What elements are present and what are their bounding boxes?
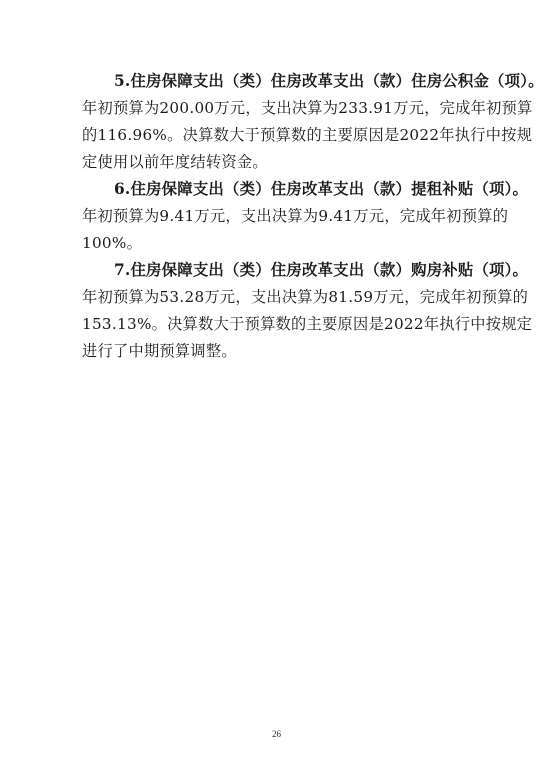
page-body: 5.住房保障支出（类）住房改革支出（款）住房公积金（项）。 年初预算为200.0… — [82, 68, 474, 365]
paragraph-line: 定使用以前年度结转资金。 — [82, 149, 474, 176]
section-heading: 6.住房保障支出（类）住房改革支出（款）提租补贴（项）。 — [82, 176, 474, 203]
page-number: 26 — [0, 729, 553, 739]
section-5: 5.住房保障支出（类）住房改革支出（款）住房公积金（项）。 年初预算为200.0… — [82, 68, 474, 176]
section-7: 7.住房保障支出（类）住房改革支出（款）购房补贴（项）。 年初预算为53.28万… — [82, 257, 474, 365]
paragraph-line: 进行了中期预算调整。 — [82, 338, 474, 365]
paragraph-line: 153.13%。决算数大于预算数的主要原因是2022年执行中按规定 — [82, 311, 474, 338]
paragraph-line: 的116.96%。决算数大于预算数的主要原因是2022年执行中按规 — [82, 122, 474, 149]
document-page: 5.住房保障支出（类）住房改革支出（款）住房公积金（项）。 年初预算为200.0… — [0, 0, 553, 782]
section-heading: 7.住房保障支出（类）住房改革支出（款）购房补贴（项）。 — [82, 257, 474, 284]
paragraph-line: 年初预算为9.41万元，支出决算为9.41万元，完成年初预算的 — [82, 203, 474, 230]
section-heading: 5.住房保障支出（类）住房改革支出（款）住房公积金（项）。 — [82, 68, 474, 95]
section-6: 6.住房保障支出（类）住房改革支出（款）提租补贴（项）。 年初预算为9.41万元… — [82, 176, 474, 257]
paragraph-line: 年初预算为53.28万元，支出决算为81.59万元，完成年初预算的 — [82, 284, 474, 311]
paragraph-line: 100%。 — [82, 230, 474, 257]
paragraph-line: 年初预算为200.00万元，支出决算为233.91万元，完成年初预算 — [82, 95, 474, 122]
